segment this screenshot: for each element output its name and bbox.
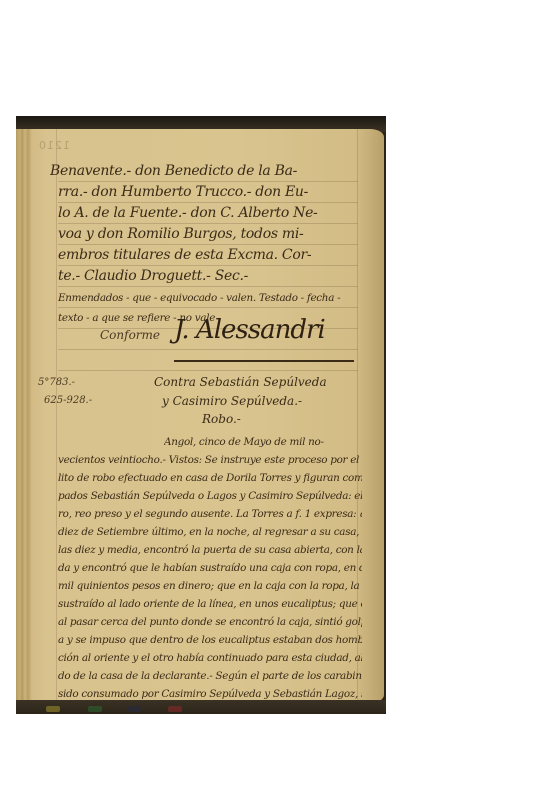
color-tab (128, 706, 142, 712)
body-line: ción al oriente y el otro había continua… (58, 652, 362, 664)
body-line: las diez y media, encontró la puerta de … (58, 544, 362, 556)
entry-line: Benavente.- don Benedicto de la Ba- (50, 163, 362, 179)
signature-underline (174, 360, 354, 362)
body-line: pados Sebastián Sepúlveda o Lagos y Casi… (58, 490, 362, 502)
color-tab (168, 706, 182, 712)
left-margin-line (56, 129, 57, 703)
ruled-line (58, 265, 358, 266)
body-line: sido consumado por Casimiro Sepúlveda y … (58, 688, 362, 700)
entry-line: lo A. de la Fuente.- don C. Alberto Ne- (58, 205, 362, 221)
ruled-line (58, 370, 358, 371)
ruled-line (58, 349, 358, 350)
conforme-label: Conforme (100, 328, 160, 342)
body-line: ro, reo preso y el segundo ausente. La T… (58, 508, 362, 520)
entry-line: rra.- don Humberto Trucco.- don Eu- (58, 184, 362, 200)
color-tab (88, 706, 102, 712)
ruled-line (58, 286, 358, 287)
entry-line: embros titulares de esta Excma. Cor- (58, 247, 362, 263)
body-line: mil quinientos pesos en dinero; que en l… (58, 580, 362, 592)
document-photo: 1210 Benavente.- don Benedicto de la Ba-… (16, 116, 386, 714)
color-tab (46, 706, 60, 712)
body-line: do de la casa de la declarante.- Según e… (58, 670, 362, 682)
ledger-page: 1210 Benavente.- don Benedicto de la Ba-… (16, 129, 384, 703)
note-line: Enmendados - que - equivocado - valen. T… (58, 292, 362, 304)
roll-number: 625-928.- (44, 395, 92, 406)
ruled-line (58, 181, 358, 182)
case-subject: Robo.- (202, 412, 241, 426)
ruled-line (58, 223, 358, 224)
ruled-line (58, 307, 358, 308)
body-line: al pasar cerca del punto donde se encont… (58, 616, 362, 628)
body-line: vecientos veintiocho.- Vistos: Se instru… (58, 454, 362, 466)
body-line: da y encontró que le habían sustraído un… (58, 562, 362, 574)
case-title-line: Contra Sebastián Sepúlveda (154, 375, 327, 389)
case-title-line: y Casimiro Sepúlveda.- (162, 394, 302, 408)
judge-signature: J. Alessandri (174, 315, 325, 345)
entry-line: te.- Claudio Droguett.- Sec.- (58, 268, 362, 284)
ruled-line (58, 202, 358, 203)
body-line: lito de robo efectuado en casa de Dorila… (58, 472, 362, 484)
body-line: sustraído al lado oriente de la línea, e… (58, 598, 362, 610)
case-number: 5°783.- (38, 377, 75, 388)
page-number: 1210 (38, 139, 70, 152)
book-bottom-edge (16, 700, 386, 714)
entry-line: voa y don Romilio Burgos, todos mi- (58, 226, 362, 242)
ruled-line (58, 244, 358, 245)
body-line: Angol, cinco de Mayo de mil no- (164, 436, 362, 448)
body-line: diez de Setiembre último, en la noche, a… (58, 526, 362, 538)
body-line: a y se impuso que dentro de los eucalipt… (58, 634, 362, 646)
